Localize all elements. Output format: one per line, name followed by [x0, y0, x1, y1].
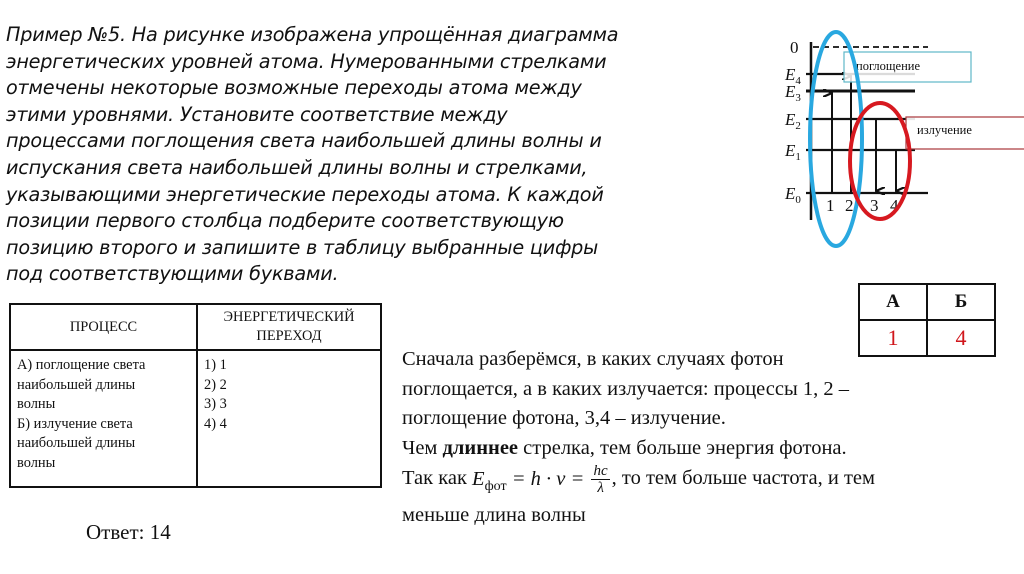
text: , то тем больше частота, и тем — [612, 468, 875, 490]
formula-subscript: фот — [485, 479, 507, 494]
task-line: Пример №5. На рисунке изображена упрощён… — [6, 22, 766, 49]
process-line: А) поглощение света — [17, 356, 190, 376]
svg-text:E1: E1 — [784, 141, 801, 163]
task-line: позицию второго и запишите в таблицу выб… — [6, 235, 766, 262]
task-line: позиции первого столбца подберите соотве… — [6, 208, 766, 235]
transition-option: 4) 4 — [204, 415, 374, 435]
task-line: испускания света наибольшей длины волны … — [6, 155, 766, 182]
svg-text:E2: E2 — [784, 110, 801, 132]
task-line: под соответствующими буквами. — [6, 261, 766, 288]
task-line: процессами поглощения света наибольшей д… — [6, 128, 766, 155]
matching-table: ПРОЦЕСС ЭНЕРГЕТИЧЕСКИЙ ПЕРЕХОД А) поглощ… — [9, 303, 382, 488]
explanation: Сначала разберёмся, в каких случаях фото… — [402, 345, 1022, 531]
task-line: этими уровнями. Установите соответствие … — [6, 102, 766, 129]
fraction-denominator: λ — [591, 480, 609, 496]
task-line: отмечены некоторые возможные переходы ат… — [6, 75, 766, 102]
svg-text:3: 3 — [870, 196, 879, 215]
svg-text:E0: E0 — [784, 184, 801, 206]
fraction-numerator: hc — [591, 463, 609, 480]
transition-option: 2) 2 — [204, 376, 374, 396]
emphasis-longer: длиннее — [443, 437, 519, 459]
text: Так как — [402, 468, 472, 490]
process-line: наибольшей длины — [17, 376, 190, 396]
explanation-line: Сначала разберёмся, в каких случаях фото… — [402, 345, 1022, 375]
answer-header-a: А — [859, 284, 927, 320]
text: стрелка, тем больше энергия фотона. — [518, 437, 847, 459]
svg-text:2: 2 — [845, 196, 854, 215]
transition-option: 3) 3 — [204, 395, 374, 415]
formula-fraction: hcλ — [591, 463, 609, 496]
process-line: волны — [17, 454, 190, 474]
level-label: 0 — [790, 38, 799, 57]
final-answer: Ответ: 14 — [86, 520, 171, 545]
energy-level-diagram: 0 E4 E3 E2 E1 E0 1 2 3 4 поглощение излу… — [760, 30, 1024, 250]
explanation-line: поглощается, а в каких излучается: проце… — [402, 375, 1022, 405]
svg-text:1: 1 — [826, 196, 835, 215]
process-list: А) поглощение света наибольшей длины вол… — [10, 350, 197, 487]
text: Чем — [402, 437, 443, 459]
task-line: указывающими энергетические переходы ато… — [6, 182, 766, 209]
formula-middle: = h · ν = — [507, 468, 590, 490]
transition-option: 1) 1 — [204, 356, 374, 376]
explanation-line: меньше длина волны — [402, 501, 1022, 531]
explanation-formula-line: Так как Eфот = h · ν = hcλ, то тем больш… — [402, 463, 1022, 501]
formula-symbol: E — [472, 468, 485, 490]
answer-header-b: Б — [927, 284, 995, 320]
process-line: Б) излучение света — [17, 415, 190, 435]
svg-text:излучение: излучение — [917, 123, 972, 137]
explanation-line: поглощение фотона, 3,4 – излучение. — [402, 404, 1022, 434]
task-statement: Пример №5. На рисунке изображена упрощён… — [6, 22, 766, 288]
header-process: ПРОЦЕСС — [10, 304, 197, 350]
process-line: волны — [17, 395, 190, 415]
explanation-line: Чем длиннее стрелка, тем больше энергия … — [402, 434, 1022, 464]
emission-ellipse — [850, 103, 910, 219]
process-line: наибольшей длины — [17, 434, 190, 454]
absorption-ellipse — [810, 32, 862, 246]
header-transition: ЭНЕРГЕТИЧЕСКИЙ ПЕРЕХОД — [197, 304, 381, 350]
transition-list: 1) 1 2) 2 3) 3 4) 4 — [197, 350, 381, 487]
task-line: энергетических уровней атома. Нумерованн… — [6, 49, 766, 76]
svg-text:поглощение: поглощение — [856, 59, 920, 73]
photon-energy-formula: Eфот = h · ν = hcλ — [472, 468, 612, 490]
